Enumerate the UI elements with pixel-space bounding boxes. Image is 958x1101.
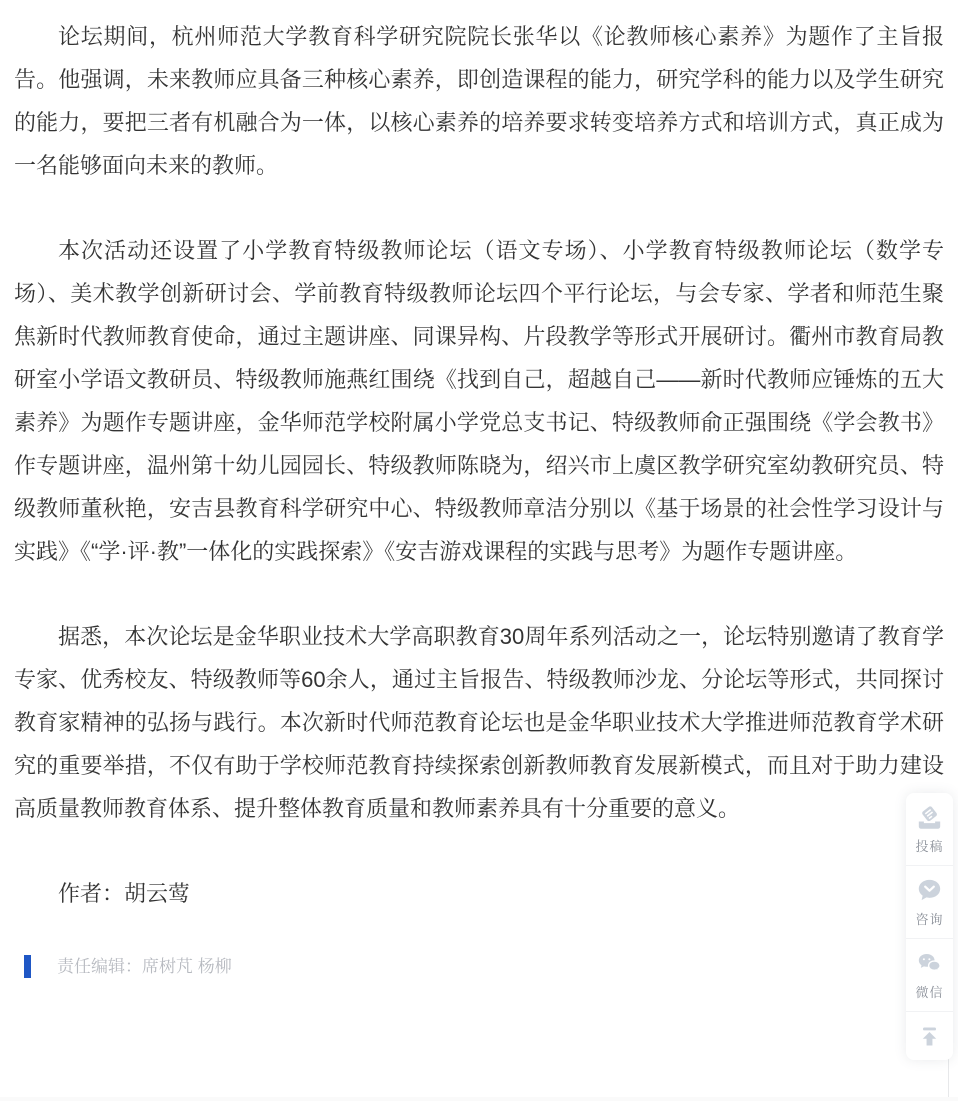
content-right-divider [948,1056,949,1101]
article-paragraph: 论坛期间，杭州师范大学教育科学研究院院长张华以《论教师核心素养》为题作了主旨报告… [14,15,944,187]
article-paragraph: 据悉，本次论坛是金华职业技术大学高职教育30周年系列活动之一，论坛特别邀请了教育… [14,615,944,830]
editor-credit: 责任编辑：席树芃 杨柳 [57,955,232,978]
editor-accent-bar [24,955,31,978]
wechat-label: 微信 [915,982,943,1001]
submit-article-label: 投稿 [915,836,943,855]
back-to-top-button[interactable] [906,1011,953,1060]
submit-article-icon [916,804,943,831]
consult-label: 咨询 [915,909,943,928]
article-body: 论坛期间，杭州师范大学教育科学研究院院长张华以《论教师核心素养》为题作了主旨报告… [0,15,958,978]
wechat-button[interactable]: 微信 [906,938,953,1011]
editor-row: 责任编辑：席树芃 杨柳 [24,955,944,978]
submit-article-button[interactable]: 投稿 [906,793,953,865]
article-paragraph: 本次活动还设置了小学教育特级教师论坛（语文专场）、小学教育特级教师论坛（数学专场… [14,229,944,573]
wechat-icon [916,950,943,977]
consult-chat-icon [916,877,943,904]
back-to-top-icon [916,1023,943,1050]
author-line: 作者：胡云莺 [14,872,944,915]
page-bottom-edge [0,1097,958,1101]
consult-button[interactable]: 咨询 [906,865,953,938]
floating-action-toolbar: 投稿 咨询 微信 [906,793,953,1060]
